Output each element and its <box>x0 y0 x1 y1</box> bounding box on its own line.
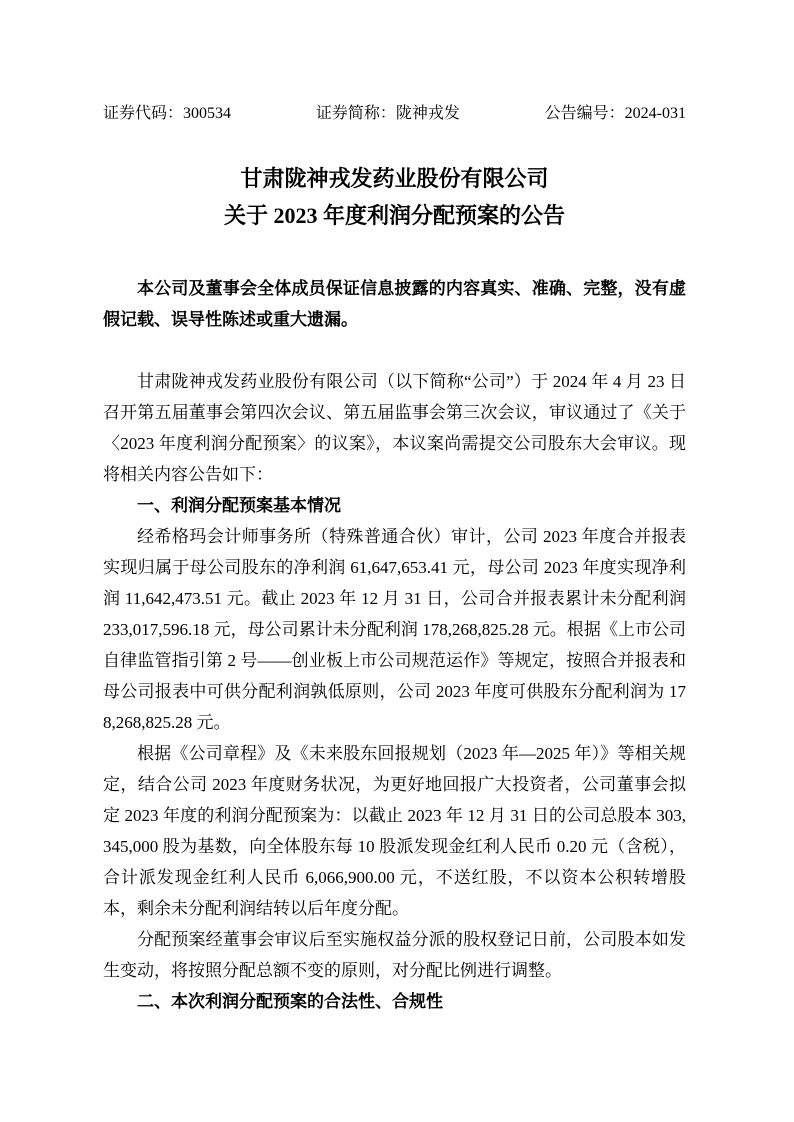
announcement-number: 公告编号：2024-031 <box>545 103 686 124</box>
intro-paragraph: 甘肃陇神戎发药业股份有限公司（以下简称“公司”）于 2024 年 4 月 23 … <box>103 366 686 490</box>
section-heading-1: 一、利润分配预案基本情况 <box>103 490 686 521</box>
document-page: 证券代码：300534 证券简称：陇神戎发 公告编号：2024-031 甘肃陇神… <box>0 0 794 1122</box>
distribution-plan-paragraph: 根据《公司章程》及《未来股东回报规划（2023 年—2025 年）》等相关规定，… <box>103 738 686 924</box>
adjustment-paragraph: 分配预案经董事会审议后至实施权益分派的股权登记日前，公司股本如发生变动，将按照分… <box>103 924 686 986</box>
document-title-line2: 关于 2023 年度利润分配预案的公告 <box>103 203 686 229</box>
disclaimer-paragraph: 本公司及董事会全体成员保证信息披露的内容真实、准确、完整，没有虚假记载、误导性陈… <box>103 273 686 335</box>
document-header: 证券代码：300534 证券简称：陇神戎发 公告编号：2024-031 <box>103 103 686 124</box>
profit-basis-paragraph: 经希格玛会计师事务所（特殊普通合伙）审计，公司 2023 年度合并报表实现归属于… <box>103 521 686 738</box>
stock-code: 证券代码：300534 <box>103 103 231 124</box>
section-heading-2: 二、本次利润分配预案的合法性、合规性 <box>103 986 686 1017</box>
document-title-line1: 甘肃陇神戎发药业股份有限公司 <box>103 166 686 192</box>
stock-name: 证券简称：陇神戎发 <box>316 103 460 124</box>
